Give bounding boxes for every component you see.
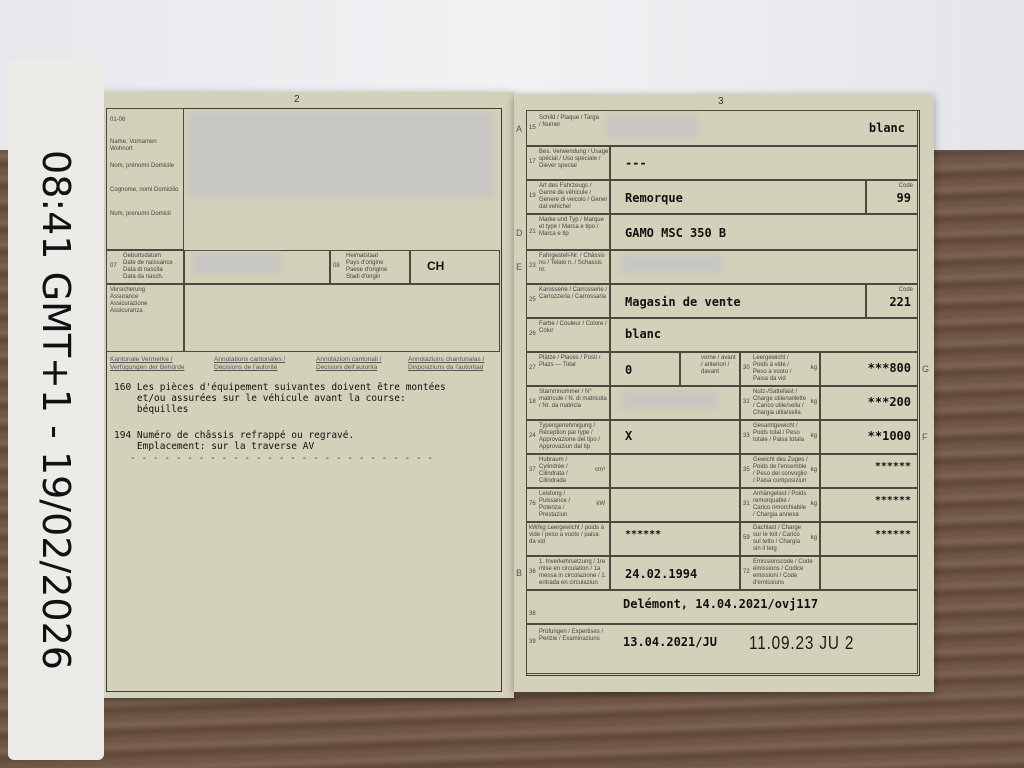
field-33-value: **1000 bbox=[820, 420, 918, 454]
side-marker: F bbox=[922, 432, 928, 442]
annotations-header-de: Kantonale Vermerke / Verfügungen der Beh… bbox=[110, 356, 200, 372]
timestamp-overlay: 08:41 GMT+1 - 19/02/2026 bbox=[8, 60, 104, 760]
payload: ***200 bbox=[868, 395, 911, 409]
field-label: Gewicht des Zuges / Poids de l'ensemble … bbox=[753, 457, 809, 485]
side-marker: G bbox=[922, 364, 929, 374]
code-label: Code bbox=[899, 183, 913, 190]
field-19-code: Code 99 bbox=[866, 180, 918, 214]
make-and-type: GAMO MSC 350 B bbox=[625, 226, 726, 240]
field-38: 38 Delémont, 14.04.2021/ovj117 bbox=[526, 590, 918, 624]
field-label: Assicurazione bbox=[110, 301, 147, 308]
field-37-value bbox=[610, 454, 740, 488]
field-code: 15 bbox=[529, 125, 536, 132]
field-code: 38 bbox=[529, 611, 536, 618]
field-label: Stammnummer / N° matricule / N. di matri… bbox=[539, 389, 609, 410]
field-label: Hubraum / Cylindrée / Cilindrata / Cilin… bbox=[539, 457, 589, 485]
towing-capacity: ****** bbox=[875, 495, 911, 506]
field-label: Versicherung bbox=[110, 287, 145, 294]
field-label: Num, prenums Domicil bbox=[110, 211, 180, 218]
field-label: Bes. Verwendung / Usage spécial / Uso sp… bbox=[539, 149, 609, 170]
page-number: 3 bbox=[718, 96, 724, 107]
field-36-value: 24.02.1994 bbox=[610, 556, 740, 590]
field-label: Date de naissance bbox=[123, 260, 173, 267]
field-label: Heimatstaat bbox=[346, 253, 378, 260]
field-31-value: ****** bbox=[820, 488, 918, 522]
field-72-label: 72 Emissionscode / Code émissions / Codi… bbox=[740, 556, 820, 590]
field-label: Gesamtgewicht / Poids total / Peso total… bbox=[753, 423, 809, 444]
field-59-value: ****** bbox=[820, 522, 918, 556]
unit-label: cm³ bbox=[595, 467, 605, 474]
field-label: Emissionscode / Code émissions / Codice … bbox=[753, 559, 815, 587]
field-25-value: Magasin de vente bbox=[610, 284, 866, 318]
issue-place-date: Delémont, 14.04.2021/ovj117 bbox=[623, 597, 818, 611]
field-label: vorne / avant / anteriori / davant bbox=[701, 355, 739, 376]
side-marker: B bbox=[516, 568, 522, 578]
field-35-label: 35 Gewicht des Zuges / Poids de l'ensemb… bbox=[740, 454, 820, 488]
field-18-value bbox=[610, 386, 740, 420]
field-label: Geburtsdatum bbox=[123, 253, 161, 260]
field-35-value: ****** bbox=[820, 454, 918, 488]
field-23-label: 23 Fahrgestell-Nr. / Châssis no / Telaio… bbox=[526, 250, 610, 284]
field-25-label: 25 Karosserie / Carrosserie / Carrozzeri… bbox=[526, 284, 610, 318]
annotations-header-rm: Annotaziuns chantunalas / Disposiziuns d… bbox=[408, 356, 502, 372]
insurance-value-cell bbox=[184, 284, 500, 352]
field-code: 19 bbox=[529, 193, 536, 200]
unit-label: kg bbox=[811, 433, 817, 440]
field-code: 37 bbox=[529, 467, 536, 474]
field-code: 59 bbox=[743, 535, 750, 542]
field-code: 39 bbox=[529, 639, 536, 646]
field-label: Pays d'origine bbox=[346, 260, 384, 267]
field-32-label: 32 Nutz-/Sattellast / Charge utile/selle… bbox=[740, 386, 820, 420]
field-24-value: X bbox=[610, 420, 740, 454]
field-21-label: 21 Marke und Typ / Marque et type / Marc… bbox=[526, 214, 610, 250]
field-label: Fahrgestell-Nr. / Châssis no / Telaio n.… bbox=[539, 253, 609, 274]
field-78-label: kW/kg Leergewicht / poids à vide / peso … bbox=[526, 522, 610, 556]
field-27-label: 27 Plätze / Places / Posti / Plazs — Tot… bbox=[526, 352, 610, 386]
field-27-front: vorne / avant / anteriori / davant bbox=[680, 352, 740, 386]
inspection-stamp: 11.09.23 JU 2 bbox=[749, 633, 854, 654]
field-36-label: 36 1. Inverkehrsetzung / 1re mise en cir… bbox=[526, 556, 610, 590]
unit-label: kg bbox=[811, 467, 817, 474]
field-code: 08 bbox=[333, 263, 340, 270]
insurance-label-cell: Versicherung Assurance Assicurazione Ass… bbox=[106, 284, 184, 352]
field-code: 31 bbox=[743, 501, 750, 508]
field-label: 1. Inverkehrsetzung / 1re mise en circul… bbox=[539, 559, 609, 587]
unit-label: kg bbox=[811, 365, 817, 372]
field-code: 24 bbox=[529, 433, 536, 440]
field-label: Farbe / Couleur / Colore / Colur bbox=[539, 321, 609, 335]
field-code: 72 bbox=[743, 569, 750, 576]
field-label: Data di nascita bbox=[123, 267, 163, 274]
redacted-name-address bbox=[188, 112, 494, 198]
field-label: Assicuranza bbox=[110, 308, 143, 315]
field-code: 07 bbox=[110, 263, 117, 270]
field-code: 21 bbox=[529, 229, 536, 236]
type-approval: X bbox=[625, 429, 632, 443]
field-26-label: 26 Farbe / Couleur / Colore / Colur bbox=[526, 318, 610, 352]
unit-label: kg bbox=[811, 501, 817, 508]
annotations-header-it: Annotazioni cantonali / Decisioni dell'a… bbox=[316, 356, 406, 372]
side-marker: D bbox=[516, 228, 523, 238]
field-72-value bbox=[820, 556, 918, 590]
field-code: 32 bbox=[743, 399, 750, 406]
total-weight: **1000 bbox=[868, 429, 911, 443]
field-code: 18 bbox=[529, 399, 536, 406]
inspection-date: 13.04.2021/JU bbox=[623, 635, 717, 649]
body-type-code: 221 bbox=[889, 295, 911, 309]
redacted-matriculation bbox=[621, 391, 717, 409]
field-label: Marke und Typ / Marque et type / Marca e… bbox=[539, 217, 609, 238]
code-label: Code bbox=[899, 287, 913, 294]
field-label: kW/kg Leergewicht / poids à vide / peso … bbox=[529, 525, 607, 546]
first-registration-date: 24.02.1994 bbox=[625, 567, 697, 581]
field-15-plate: 15 Schild / Plaque / Targa / Numer blanc bbox=[526, 110, 918, 146]
field-code: 01-06 bbox=[110, 117, 125, 124]
seats-total: 0 bbox=[625, 363, 632, 377]
field-76-value bbox=[610, 488, 740, 522]
field-label: Leistung / Puissance / Potenza / Prestaz… bbox=[539, 491, 589, 519]
timestamp-text: 08:41 GMT+1 - 19/02/2026 bbox=[34, 150, 78, 670]
field-label: Stadi d'origin bbox=[346, 274, 381, 281]
field-label: Plätze / Places / Posti / Plazs — Total bbox=[539, 355, 609, 369]
field-01-06-label-cell: 01-06 Name, Vornamen Wohnort Nom, prénom… bbox=[106, 108, 184, 250]
field-08-label-cell: 08 Heimatstaat Pays d'origine Paese d'or… bbox=[330, 250, 410, 284]
field-code: 76 bbox=[529, 501, 536, 508]
side-marker: A bbox=[516, 124, 522, 134]
redacted-birthdate bbox=[193, 253, 281, 275]
field-code: 30 bbox=[743, 365, 750, 372]
field-08-value-cell: CH bbox=[410, 250, 500, 284]
annotation-160: 160 Les pièces d'équipement suivantes do… bbox=[114, 382, 446, 415]
redacted-chassis bbox=[621, 255, 721, 273]
vehicle-type-code: 99 bbox=[897, 191, 911, 205]
special-usage: --- bbox=[625, 156, 647, 170]
field-30-label: 30 Leergewicht / Poids à vide / Peso a v… bbox=[740, 352, 820, 386]
field-label: Assurance bbox=[110, 294, 138, 301]
field-31-label: 31 Anhängelast / Poids remorquable / Car… bbox=[740, 488, 820, 522]
field-07-label-cell: 07 Geburtsdatum Date de naissance Data d… bbox=[106, 250, 184, 284]
field-label: Dachlast / Charge sur le toit / Carico s… bbox=[753, 525, 809, 553]
field-23-value bbox=[610, 250, 918, 284]
field-label: Leergewicht / Poids à vide / Peso a vuot… bbox=[753, 355, 803, 383]
field-21-value: GAMO MSC 350 B bbox=[610, 214, 918, 250]
redacted-plate bbox=[607, 115, 697, 139]
country-of-origin: CH bbox=[427, 259, 444, 273]
field-label: Paese d'origine bbox=[346, 267, 387, 274]
field-code: 17 bbox=[529, 159, 536, 166]
field-32-value: ***200 bbox=[820, 386, 918, 420]
field-18-label: 18 Stammnummer / N° matricule / N. di ma… bbox=[526, 386, 610, 420]
field-code: 25 bbox=[529, 297, 536, 304]
unit-label: kg bbox=[811, 535, 817, 542]
field-37-label: 37 Hubraum / Cylindrée / Cilindrata / Ci… bbox=[526, 454, 610, 488]
registration-page-left: 2 01-06 Name, Vornamen Wohnort Nom, prén… bbox=[102, 92, 514, 698]
field-label: Nutz-/Sattellast / Charge utile/sellette… bbox=[753, 389, 809, 417]
field-19-value: Remorque bbox=[610, 180, 866, 214]
field-07-value-cell bbox=[184, 250, 330, 284]
field-27-value: 0 bbox=[610, 352, 680, 386]
field-code: 27 bbox=[529, 365, 536, 372]
field-label: Typengenehmigung / Réception par type / … bbox=[539, 423, 609, 451]
field-code: 33 bbox=[743, 433, 750, 440]
plate-color: blanc bbox=[869, 121, 905, 135]
field-19-label: 19 Art des Fahrzeugs / Genre de véhicule… bbox=[526, 180, 610, 214]
field-76-label: 76 Leistung / Puissance / Potenza / Pres… bbox=[526, 488, 610, 522]
field-label: Name, Vornamen Wohnort bbox=[110, 139, 180, 153]
empty-weight: ***800 bbox=[868, 361, 911, 375]
field-17-value: --- bbox=[610, 146, 918, 180]
page-number: 2 bbox=[294, 94, 300, 105]
field-59-label: 59 Dachlast / Charge sur le toit / Caric… bbox=[740, 522, 820, 556]
field-code: 35 bbox=[743, 467, 750, 474]
field-33-label: 33 Gesamtgewicht / Poids total / Peso to… bbox=[740, 420, 820, 454]
field-78-value: ****** bbox=[610, 522, 740, 556]
registration-page-right: 3 A 15 Schild / Plaque / Targa / Numer b… bbox=[514, 94, 934, 692]
side-marker: E bbox=[516, 262, 522, 272]
field-25-code: Code 221 bbox=[866, 284, 918, 318]
roof-load: ****** bbox=[875, 529, 911, 540]
field-label: Nom, prénoms Domicile bbox=[110, 163, 180, 170]
body-type: Magasin de vente bbox=[625, 295, 741, 309]
field-code: 26 bbox=[529, 331, 536, 338]
field-label: Cognome, nomi Domicilio bbox=[110, 187, 180, 194]
train-weight: ****** bbox=[875, 461, 911, 472]
field-17-label: 17 Bes. Verwendung / Usage spécial / Uso… bbox=[526, 146, 610, 180]
annotation-194: 194 Numéro de châssis refrappé ou regrav… bbox=[114, 430, 354, 452]
field-26-value: blanc bbox=[610, 318, 918, 352]
field-label: Anhängelast / Poids remorquable / Carico… bbox=[753, 491, 809, 519]
field-code: 36 bbox=[529, 569, 536, 576]
field-24-label: 24 Typengenehmigung / Réception par type… bbox=[526, 420, 610, 454]
vehicle-color: blanc bbox=[625, 327, 661, 341]
field-label: Schild / Plaque / Targa / Numer bbox=[539, 115, 599, 129]
field-label: Art des Fahrzeugs / Genre de véhicule / … bbox=[539, 183, 609, 211]
vehicle-type: Remorque bbox=[625, 191, 683, 205]
unit-label: kg bbox=[811, 399, 817, 406]
field-label: Prüfungen / Expertises / Perizie / Exami… bbox=[539, 629, 609, 643]
annotations-header-fr: Annotations cantonales / Décisions de l'… bbox=[214, 356, 304, 372]
field-label: Karosserie / Carrosserie / Carrozzeria /… bbox=[539, 287, 609, 301]
field-label: Data da nasch. bbox=[123, 274, 163, 281]
field-39: 39 Prüfungen / Expertises / Perizie / Ex… bbox=[526, 624, 918, 674]
field-code: 23 bbox=[529, 263, 536, 270]
unit-label: kW bbox=[596, 501, 605, 508]
field-30-value: ***800 bbox=[820, 352, 918, 386]
power-weight-ratio: ****** bbox=[625, 529, 661, 540]
annotation-dashes: - - - - - - - - - - - - - - - - - - - - … bbox=[130, 453, 433, 464]
